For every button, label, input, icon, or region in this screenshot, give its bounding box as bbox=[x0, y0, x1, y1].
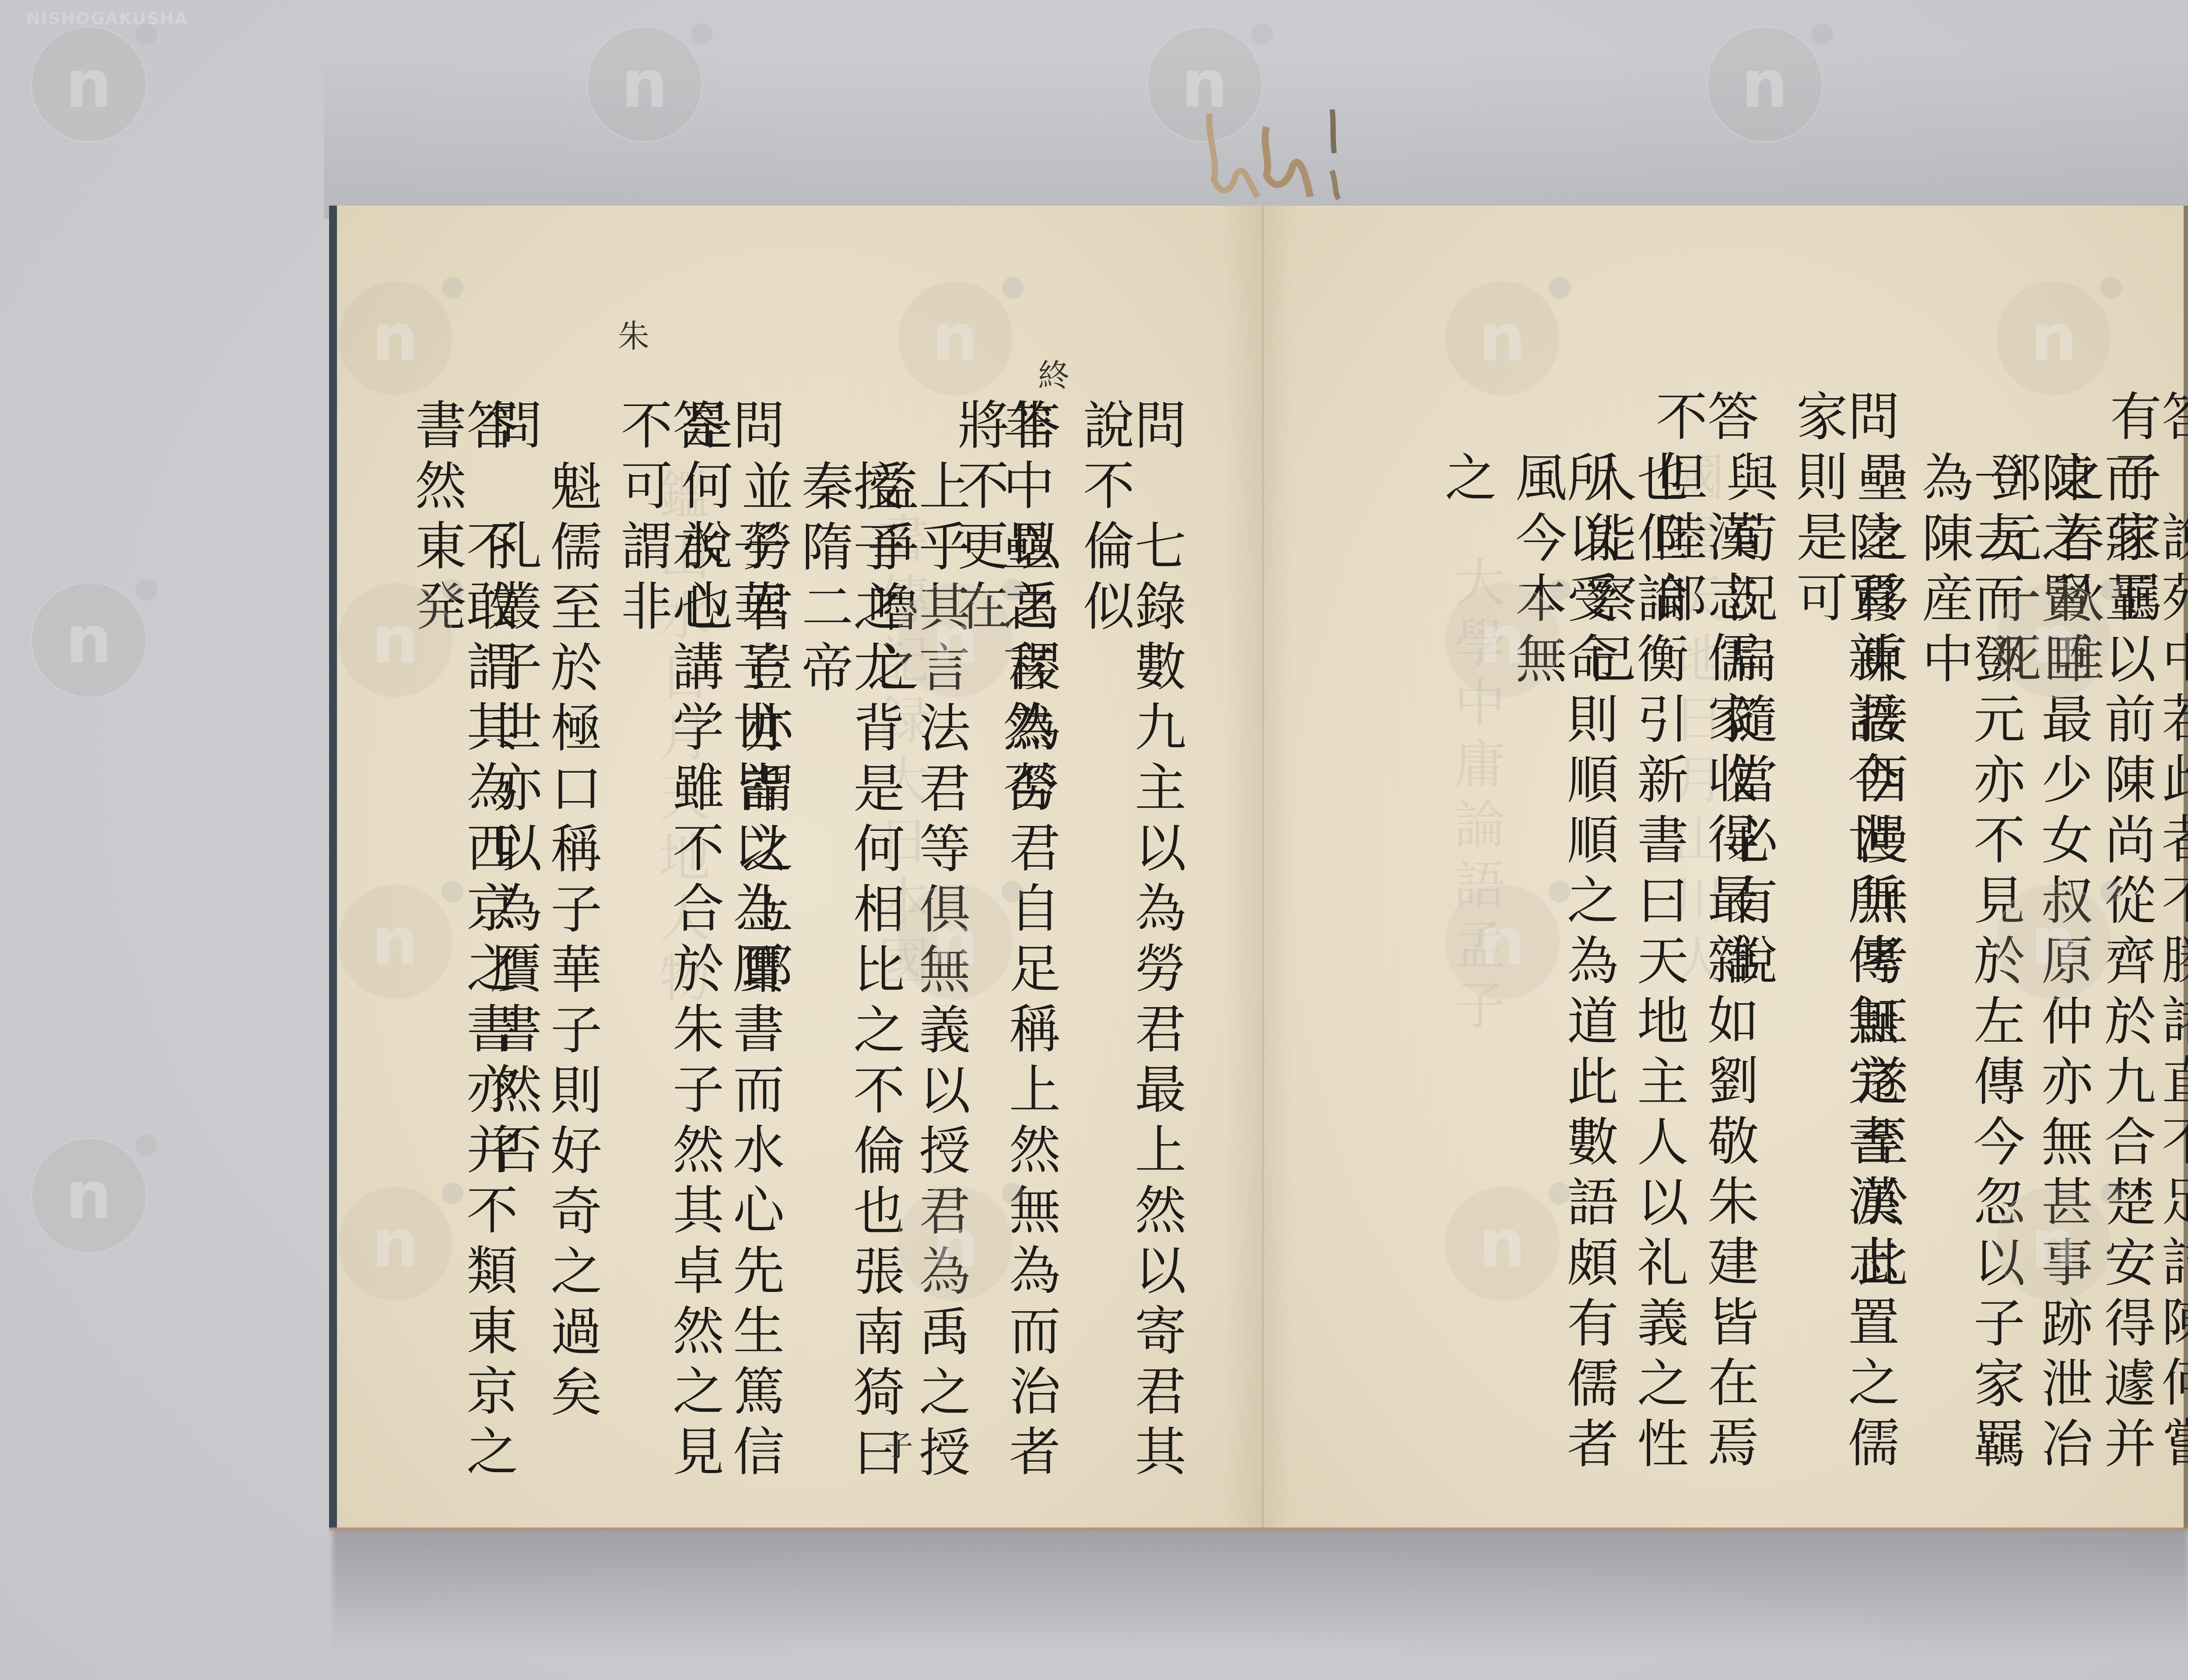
watermark-logo-icon: n bbox=[337, 1186, 453, 1302]
watermark-logo-icon: n bbox=[337, 884, 453, 1000]
right-page: 國書天地日月山川人 大學中庸論語孟子 答 說苑中若此者不勝諸直不足詰陳何嘗有子家… bbox=[1263, 206, 2188, 1528]
watermark-logo-icon: n bbox=[31, 582, 147, 698]
watermark-logo-icon: n bbox=[1995, 280, 2112, 396]
text-column: 問 七錄數九主以為勞君最上然以寄君其說不倫似 bbox=[1079, 398, 1182, 1528]
page-bottom-edge bbox=[329, 1527, 2188, 1531]
watermark-logo-icon: n bbox=[1995, 884, 2112, 1000]
bottom-mark: 子 bbox=[875, 1431, 917, 1459]
watermark-logo-icon: n bbox=[1444, 884, 1560, 1000]
watermark-logo-icon: n bbox=[897, 1186, 1013, 1302]
watermark-logo-icon: n bbox=[31, 1137, 147, 1254]
left-page: 鑑山水日月天地人物 書傳記録大日本國 朱 終 問 七錄數九主以為勞君最上然以寄君… bbox=[329, 206, 1263, 1528]
text-column: 授子之尤背是何相比之不倫也張南猗曰秦隋二帝 bbox=[797, 459, 901, 1528]
watermark-logo-icon: n bbox=[31, 26, 147, 143]
right-top-mark: 終 bbox=[1028, 359, 1074, 390]
text-column: 問 陸賈新語今世所傳無完書漢志置之儒家則是可 bbox=[1792, 389, 1895, 1528]
worm-damage-stain bbox=[1201, 109, 1345, 201]
watermark-logo-icon: n bbox=[1995, 1186, 2112, 1302]
watermark-logo-icon: n bbox=[337, 582, 453, 698]
watermark-label: NISHOGAKUSHA bbox=[26, 9, 188, 28]
watermark-logo-icon: n bbox=[897, 280, 1013, 396]
watermark-logo-icon: n bbox=[1444, 280, 1560, 396]
watermark-logo-icon: n bbox=[897, 582, 1013, 698]
left-top-mark: 朱 bbox=[608, 319, 654, 351]
watermark-logo-icon: n bbox=[1995, 582, 2112, 698]
watermark-logo-icon: n bbox=[337, 280, 453, 396]
text-column: 魁儒至於極口稱子華子則好奇之過矣 bbox=[546, 459, 598, 1425]
book-drop-shadow bbox=[333, 1522, 2188, 1654]
watermark-logo-icon: n bbox=[1444, 1186, 1560, 1302]
watermark-logo-icon: n bbox=[897, 884, 1013, 1000]
watermark-logo-icon: n bbox=[586, 26, 703, 143]
watermark-logo-icon: n bbox=[1707, 26, 1823, 143]
text-column: 答 水心講学雖不合於朱子然其卓然之見不可謂非 bbox=[617, 398, 720, 1528]
book-spread: 鑑山水日月天地人物 書傳記録大日本國 朱 終 問 七錄數九主以為勞君最上然以寄君… bbox=[329, 206, 2188, 1528]
text-column: 之 bbox=[1441, 451, 1492, 511]
watermark-logo-icon: n bbox=[1444, 582, 1560, 698]
